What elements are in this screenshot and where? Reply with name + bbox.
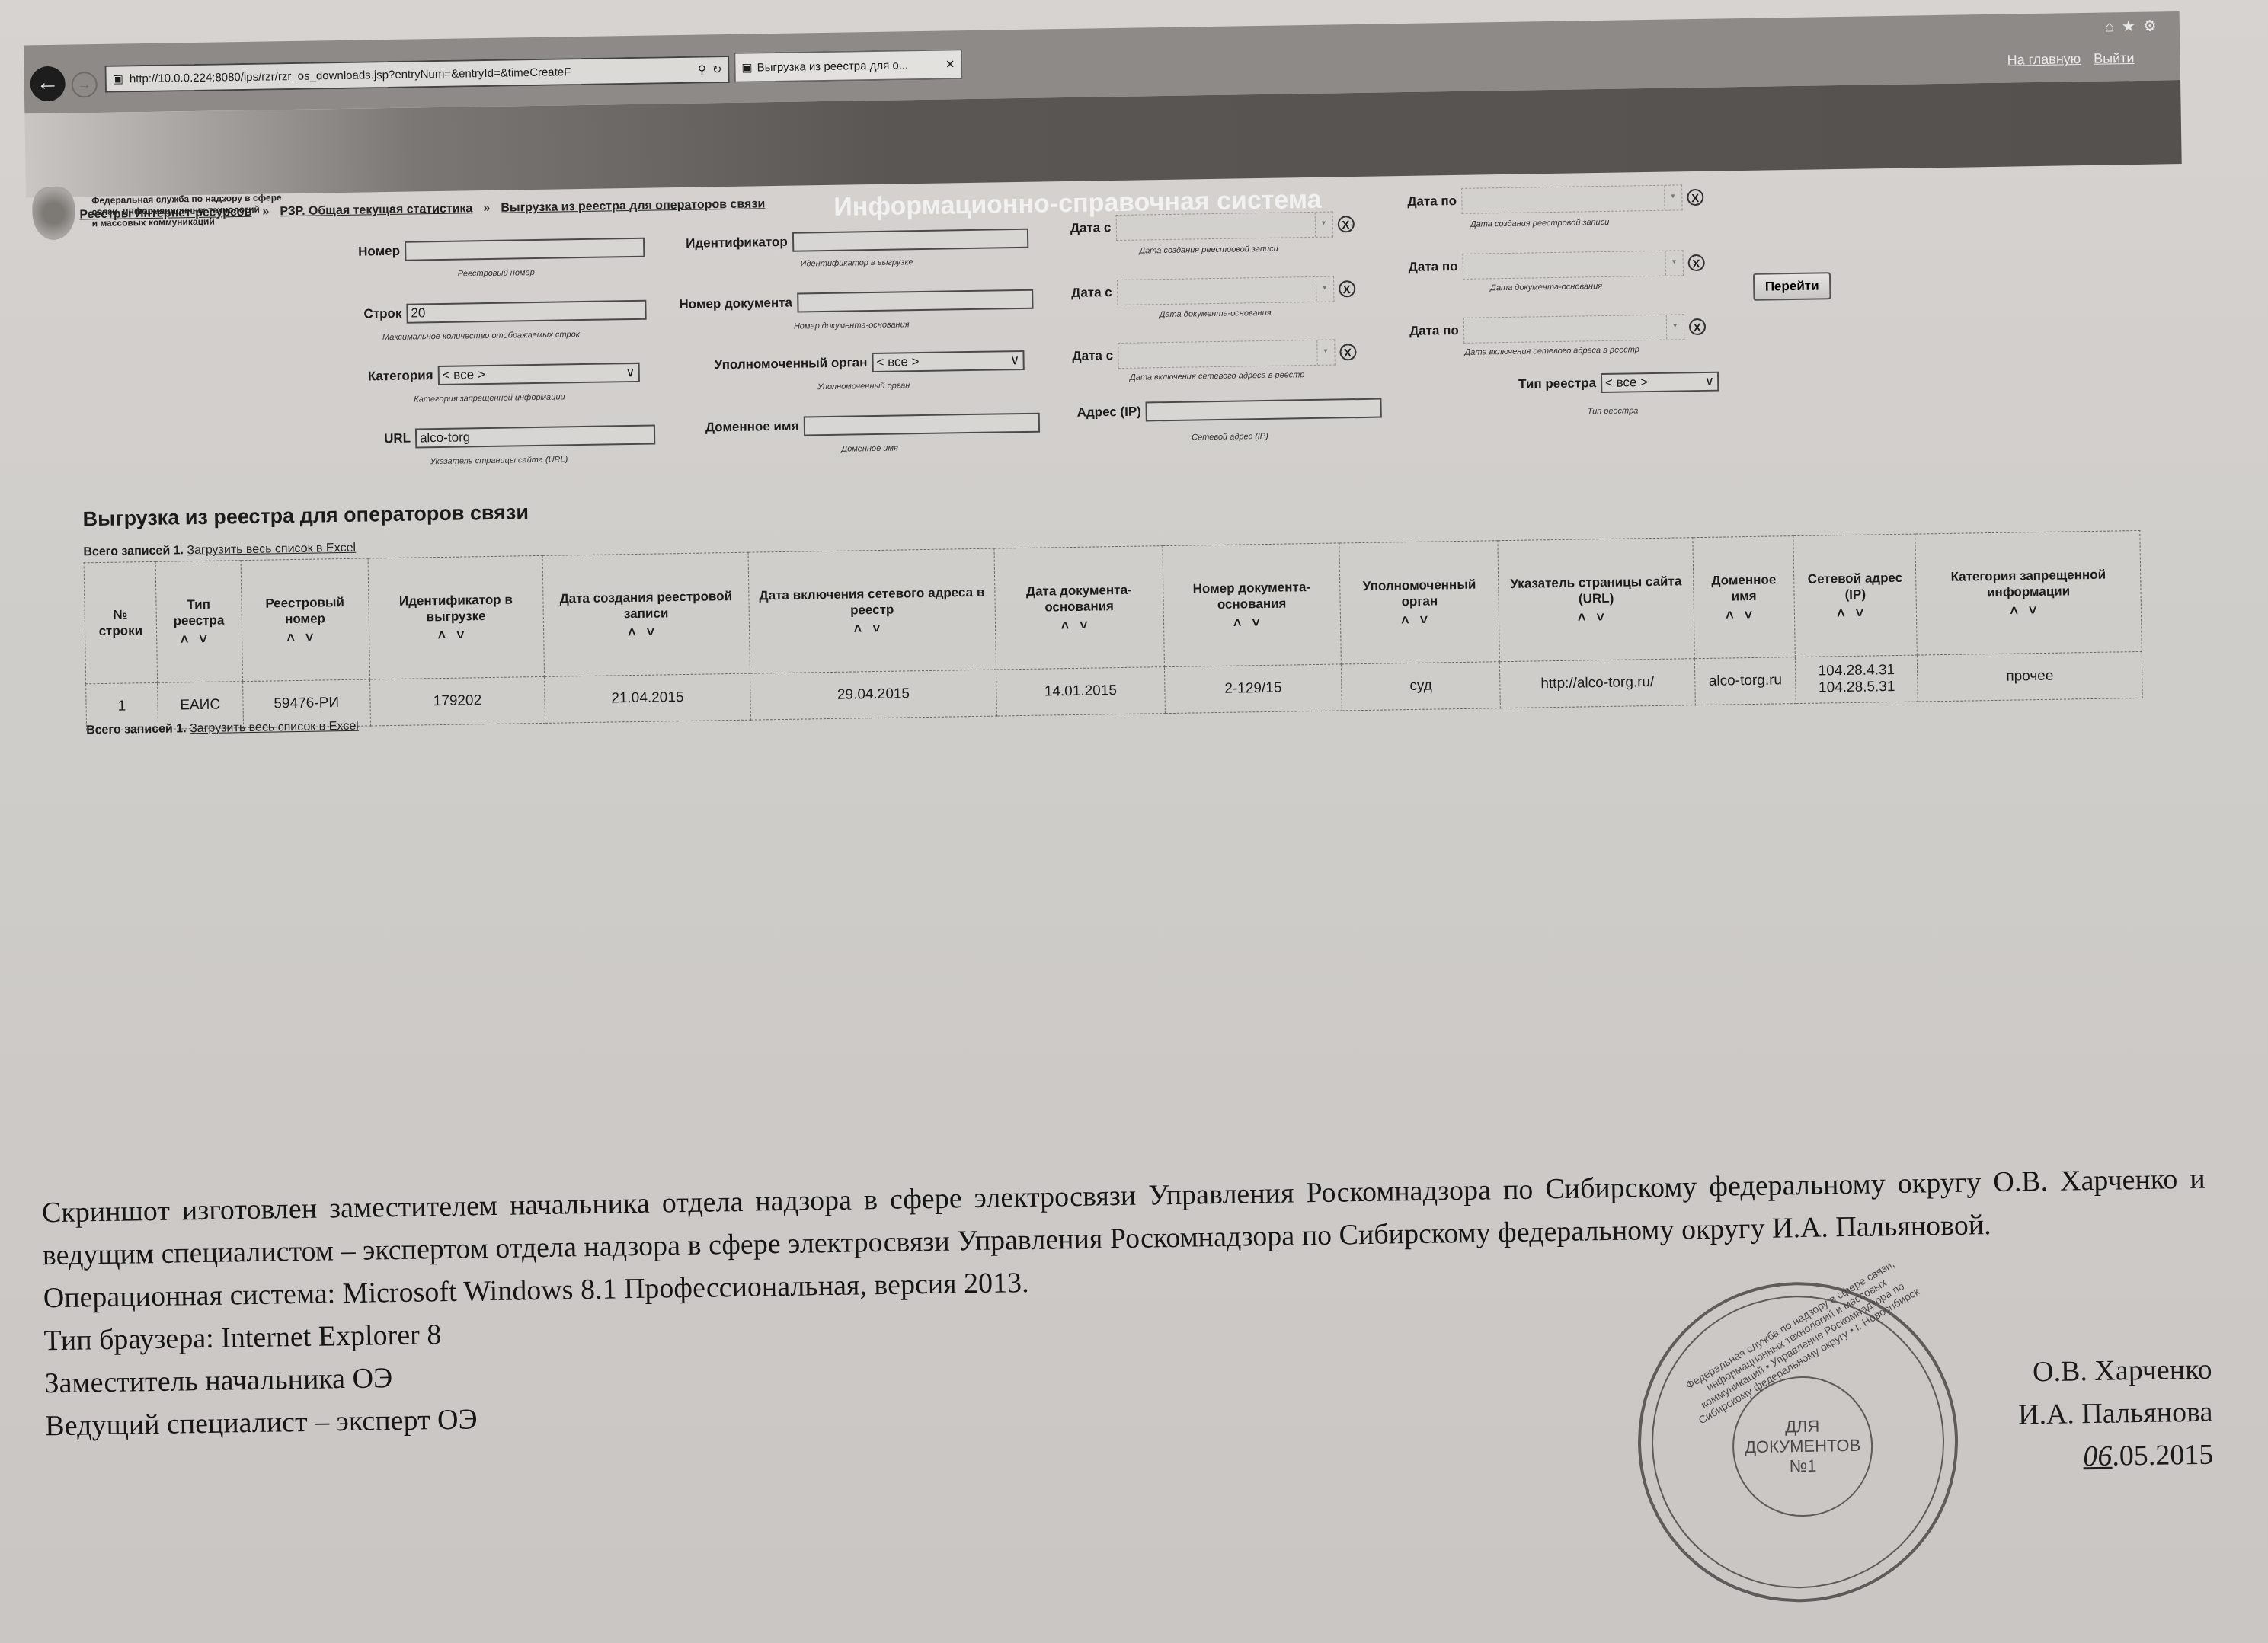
registry-type-label: Тип реестра	[1518, 376, 1596, 392]
date-from-included-input[interactable]: ▾	[1118, 340, 1335, 369]
identifier-input[interactable]	[792, 229, 1028, 252]
column-header: Идентификатор в выгрузке˄˅	[368, 555, 545, 679]
sort-icon[interactable]: ˄˅	[163, 631, 235, 647]
gear-icon[interactable]: ⚙	[2143, 18, 2164, 34]
stamp-center: ДЛЯ ДОКУМЕНТОВ №1	[1732, 1376, 1874, 1518]
column-label: Реестровый номер	[265, 595, 344, 626]
header-links: На главную Выйти	[1998, 50, 2134, 69]
home-link[interactable]: На главную	[2007, 51, 2081, 68]
forward-icon[interactable]: →	[71, 72, 98, 98]
filter-form: Номер Реестровый номер Строк 20 Максимал…	[350, 203, 1878, 478]
column-label: Идентификатор в выгрузке	[399, 592, 513, 624]
address-bar[interactable]: ▣ http://10.0.0.224:8080/ips/rzr/rzr_os_…	[104, 56, 729, 93]
table-cell: 29.04.2015	[750, 670, 997, 720]
column-label: Дата документа-основания	[1026, 582, 1132, 614]
url-input[interactable]: alco-torg	[415, 425, 655, 449]
date-from-created-hint: Дата создания реестровой записи	[1139, 245, 1278, 256]
dropdown-icon[interactable]: ▾	[1316, 340, 1334, 365]
column-label: № строки	[98, 607, 142, 638]
signature-date: 06.05.2015	[1969, 1434, 2214, 1480]
date-to-label: Дата по	[1409, 323, 1459, 339]
signer-1: О.В. Харченко	[1968, 1348, 2212, 1395]
search-icon[interactable]: ⚲	[698, 62, 706, 76]
column-label: Тип реестра	[173, 596, 224, 628]
results-title: Выгрузка из реестра для операторов связи	[82, 500, 529, 531]
address-url[interactable]: http://10.0.0.224:8080/ips/rzr/rzr_os_do…	[130, 63, 692, 85]
registry-type-field: Тип реестра < все >∨	[1518, 372, 1719, 395]
dropdown-icon[interactable]: ▾	[1314, 213, 1332, 237]
date-from-created: Дата с ▾ X	[1070, 211, 1355, 241]
url-hint: Указатель страницы сайта (URL)	[430, 455, 568, 466]
total-count: Всего записей 1.	[83, 544, 184, 558]
breadcrumb-item[interactable]: Выгрузка из реестра для операторов связи	[501, 197, 765, 215]
identifier-label: Идентификатор	[686, 235, 788, 251]
date-from-included-hint: Дата включения сетевого адреса в реестр	[1130, 370, 1305, 382]
doc-number-field: Номер документа	[679, 289, 1033, 315]
number-input[interactable]	[405, 238, 645, 261]
sort-icon[interactable]: ˄˅	[1169, 613, 1334, 631]
column-header: Указатель страницы сайта (URL)˄˅	[1498, 538, 1694, 662]
column-label: Дата включения сетевого адреса в реестр	[759, 584, 984, 617]
signer-2: И.А. Пальянова	[1969, 1391, 2213, 1437]
column-header: Дата включения сетевого адреса в реестр˄…	[748, 548, 996, 673]
sort-icon[interactable]: ˄˅	[1923, 601, 2135, 620]
back-icon[interactable]: ←	[30, 66, 66, 102]
number-field: Номер	[358, 238, 645, 262]
doc-number-input[interactable]	[797, 289, 1033, 313]
sort-icon[interactable]: ˄˅	[376, 626, 538, 644]
star-icon[interactable]: ★	[2122, 18, 2143, 35]
table-cell: 104.28.4.31 104.28.5.31	[1796, 655, 1918, 704]
category-label: Категория	[368, 368, 433, 384]
column-label: Уполномоченный орган	[1363, 577, 1476, 609]
column-label: Категория запрещенной информации	[1950, 567, 2106, 599]
column-label: Доменное имя	[1711, 572, 1776, 603]
column-header: № строки	[84, 561, 157, 683]
column-header: Дата документа-основания˄˅	[994, 546, 1164, 670]
date-to-doc-hint: Дата документа-основания	[1490, 282, 1602, 292]
go-button[interactable]: Перейти	[1753, 272, 1831, 301]
column-header: Сетевой адрес (IP)˄˅	[1793, 534, 1917, 657]
page-icon: ▣	[113, 72, 123, 85]
ip-field: Адрес (IP)	[1076, 398, 1382, 423]
browser-tab[interactable]: ▣ Выгрузка из реестра для о... ✕	[734, 49, 963, 83]
column-label: Дата создания реестровой записи	[559, 589, 732, 621]
close-tab-icon[interactable]: ✕	[945, 57, 955, 71]
domain-field: Доменное имя	[705, 413, 1040, 438]
stamp-center-text: ДЛЯ ДОКУМЕНТОВ №1	[1744, 1416, 1860, 1477]
browser-icons: ⌂★⚙	[2105, 16, 2164, 36]
date-day: 06	[2083, 1440, 2113, 1473]
table-cell: 21.04.2015	[545, 673, 750, 723]
authority-select[interactable]: < все >∨	[872, 350, 1024, 372]
breadcrumb-separator-icon: »	[483, 202, 490, 216]
table-cell: 179202	[369, 676, 545, 726]
breadcrumb-separator-icon: »	[262, 205, 269, 219]
date-from-doc-input[interactable]: ▾	[1116, 276, 1333, 305]
logout-link[interactable]: Выйти	[2094, 50, 2135, 66]
photographed-document: ← → ▣ http://10.0.0.224:8080/ips/rzr/rzr…	[0, 0, 2268, 1643]
chevron-down-icon: ∨	[1010, 352, 1020, 369]
sort-icon[interactable]: ˄˅	[248, 628, 363, 646]
excel-download-link[interactable]: Загрузить весь список в Excel	[187, 542, 356, 557]
table-cell: прочее	[1918, 651, 2143, 702]
column-header: Доменное имя˄˅	[1693, 536, 1796, 659]
column-header: Категория запрещенной информации˄˅	[1915, 530, 2142, 655]
sort-icon[interactable]: ˄˅	[550, 622, 743, 641]
date-to-created-input[interactable]: ▾	[1461, 184, 1682, 214]
table-cell: 14.01.2015	[996, 667, 1165, 716]
clear-icon[interactable]: X	[1689, 318, 1706, 335]
date-to-doc: Дата по ▾ X	[1408, 250, 1704, 280]
table-cell: alco-torg.ru	[1694, 657, 1796, 705]
sort-icon[interactable]: ˄˅	[756, 619, 990, 638]
registry-type-hint: Тип реестра	[1588, 406, 1639, 416]
rows-field: Строк 20	[363, 300, 646, 324]
date-to-included-input[interactable]: ▾	[1463, 314, 1684, 344]
registry-type-value: < все >	[1605, 374, 1648, 392]
table-cell: http://alco-torg.ru/	[1499, 659, 1695, 708]
authority-label: Уполномоченный орган	[714, 355, 867, 372]
sort-icon[interactable]: ˄˅	[1700, 606, 1789, 624]
dropdown-icon[interactable]: ▾	[1666, 315, 1684, 339]
refresh-icon[interactable]: ↻	[712, 62, 722, 76]
category-select[interactable]: < все >∨	[437, 363, 639, 385]
ip-hint: Сетевой адрес (IP)	[1192, 432, 1268, 443]
rows-input[interactable]: 20	[406, 300, 646, 324]
date-from-doc-hint: Дата документа-основания	[1160, 308, 1272, 319]
domain-hint: Доменное имя	[841, 444, 898, 454]
date-from-label: Дата с	[1071, 285, 1112, 301]
column-label: Указатель страницы сайта (URL)	[1510, 574, 1681, 606]
dropdown-icon[interactable]: ▾	[1664, 185, 1681, 209]
identifier-field: Идентификатор	[686, 229, 1028, 254]
results-summary-top: Всего записей 1. Загрузить весь список в…	[83, 542, 356, 560]
dropdown-icon[interactable]: ▾	[1665, 251, 1682, 275]
breadcrumb-item[interactable]: РЗР. Общая текущая статистика	[280, 202, 472, 219]
date-from-label: Дата с	[1070, 220, 1112, 236]
clear-icon[interactable]: X	[1687, 254, 1704, 271]
home-icon[interactable]: ⌂	[2105, 18, 2122, 35]
column-header: Дата создания реестровой записи˄˅	[542, 552, 750, 676]
date-to-label: Дата по	[1407, 193, 1457, 209]
page-icon: ▣	[741, 60, 752, 74]
column-label: Сетевой адрес (IP)	[1808, 570, 1903, 601]
ip-label: Адрес (IP)	[1077, 404, 1142, 420]
clear-icon[interactable]: X	[1687, 189, 1703, 206]
dropdown-icon[interactable]: ▾	[1315, 277, 1332, 302]
authority-hint: Уполномоченный орган	[817, 381, 910, 392]
date-to-doc-input[interactable]: ▾	[1462, 250, 1683, 280]
domain-input[interactable]	[803, 413, 1039, 436]
sort-icon[interactable]: ˄˅	[1347, 611, 1492, 629]
total-count: Всего записей 1.	[86, 722, 187, 737]
emblem-logo	[32, 186, 75, 240]
table-cell: суд	[1342, 662, 1501, 711]
table-cell: 2-129/15	[1164, 664, 1342, 714]
rows-hint: Максимальное количество отображаемых стр…	[382, 330, 580, 342]
column-header: Номер документа-основания˄˅	[1163, 543, 1342, 667]
breadcrumb-item[interactable]: Реестры Интернет-ресурсов	[79, 206, 251, 222]
rows-label: Строк	[363, 306, 401, 322]
number-label: Номер	[358, 244, 400, 260]
doc-number-hint: Номер документа-основания	[794, 320, 910, 331]
authority-value: < все >	[876, 353, 919, 371]
url-label: URL	[384, 431, 411, 447]
results-table: № строкиТип реестра˄˅Реестровый номер˄˅И…	[84, 530, 2143, 730]
sort-icon[interactable]: ˄˅	[1002, 616, 1157, 635]
clear-icon[interactable]: X	[1339, 344, 1356, 360]
clear-icon[interactable]: X	[1339, 280, 1355, 297]
excel-download-link[interactable]: Загрузить весь список в Excel	[190, 720, 359, 735]
category-field: Категория < все >∨	[368, 363, 640, 387]
category-value: < все >	[442, 366, 485, 384]
domain-label: Доменное имя	[705, 419, 799, 436]
tab-title: Выгрузка из реестра для о...	[757, 58, 941, 74]
column-header: Уполномоченный орган˄˅	[1339, 541, 1499, 664]
chevron-down-icon: ∨	[625, 364, 635, 381]
sort-icon[interactable]: ˄˅	[1505, 608, 1687, 627]
category-hint: Категория запрещенной информации	[414, 392, 565, 404]
date-to-included-hint: Дата включения сетевого адреса в реестр	[1464, 345, 1639, 357]
column-label: Номер документа-основания	[1193, 580, 1311, 612]
url-field: URL alco-torg	[384, 425, 655, 449]
signatures: О.В. Харченко И.А. Пальянова 06.05.2015	[1968, 1348, 2214, 1480]
column-header: Реестровый номер˄˅	[241, 558, 369, 682]
authority-field: Уполномоченный орган < все >∨	[714, 350, 1024, 375]
date-to-label: Дата по	[1409, 259, 1458, 275]
date-to-created: Дата по ▾ X	[1407, 184, 1703, 215]
date-to-created-hint: Дата создания реестровой записи	[1470, 218, 1610, 229]
date-from-doc: Дата с ▾ X	[1071, 276, 1355, 306]
doc-number-label: Номер документа	[679, 296, 792, 312]
date-from-label: Дата с	[1072, 348, 1113, 364]
chevron-down-icon: ∨	[1704, 373, 1714, 390]
date-from-included: Дата с ▾ X	[1072, 339, 1356, 369]
date-month-year: .05.2015	[2112, 1439, 2214, 1472]
date-from-created-input[interactable]: ▾	[1115, 212, 1332, 241]
column-header: Тип реестра˄˅	[155, 561, 243, 683]
date-to-included: Дата по ▾ X	[1409, 314, 1706, 344]
browser-window: ← → ▣ http://10.0.0.224:8080/ips/rzr/rzr…	[24, 11, 2182, 197]
number-hint: Реестровый номер	[458, 268, 535, 279]
clear-icon[interactable]: X	[1337, 216, 1354, 232]
sort-icon[interactable]: ˄˅	[1801, 604, 1910, 622]
registry-type-select[interactable]: < все >∨	[1601, 372, 1719, 393]
ip-input[interactable]	[1146, 398, 1382, 422]
identifier-hint: Идентификатор в выгрузке	[800, 257, 913, 268]
